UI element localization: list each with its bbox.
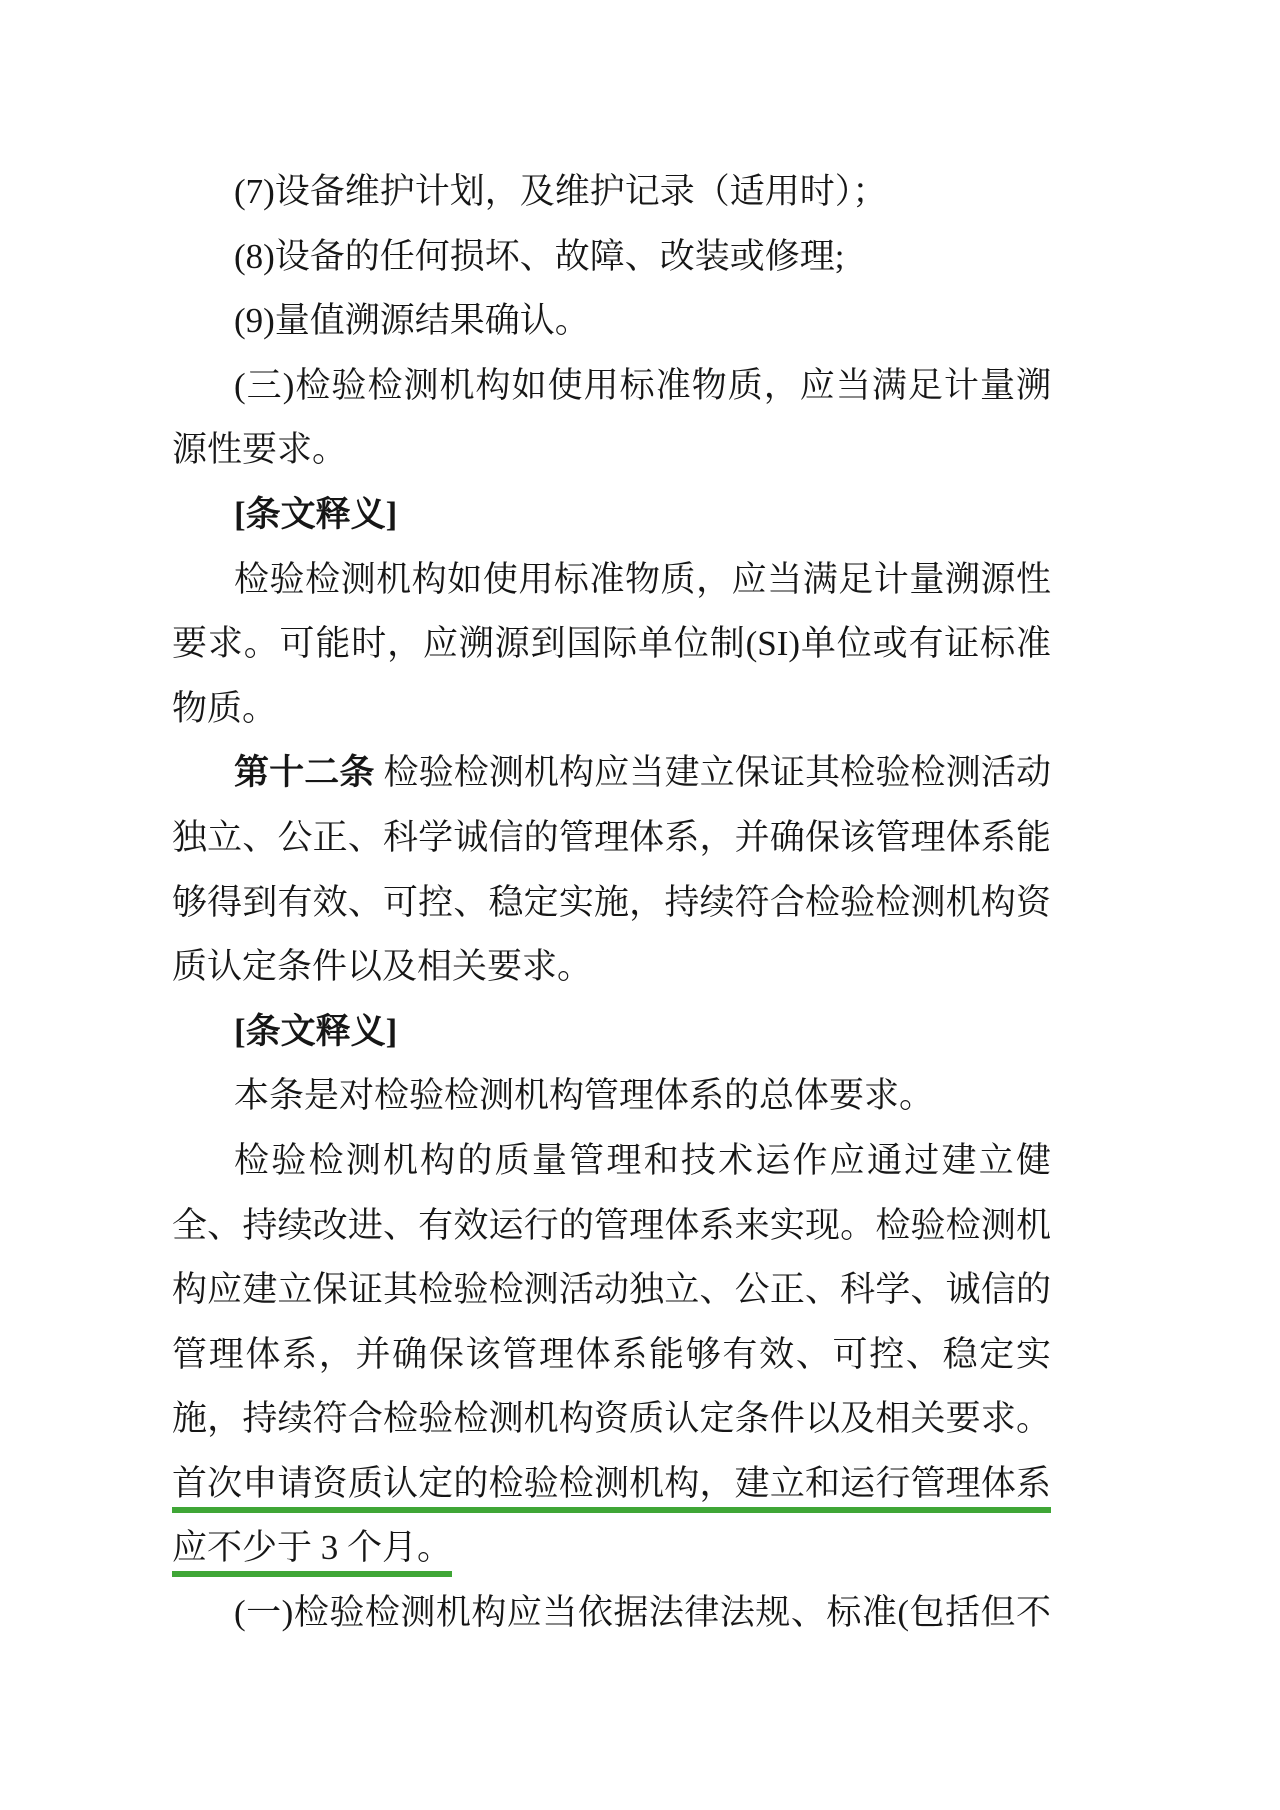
doc-line-item-3-start: (三)检验检测机构如使用标准物质，应当满足计量溯 — [172, 354, 1051, 419]
green-underline-text: 首次申请资质认定的检验检测机构，建立和运行管理体系 — [172, 1464, 1051, 1513]
doc-line-item-7: (7)设备维护计划，及维护记录（适用时）； — [172, 160, 1051, 225]
doc-line-article-12: 质认定条件以及相关要求。 — [172, 935, 1051, 1000]
doc-line-article-12: 独立、公正、科学诚信的管理体系，并确保该管理体系能 — [172, 806, 1051, 871]
doc-line-paragraph: 检验检测机构的质量管理和技术运作应通过建立健 — [172, 1129, 1051, 1194]
article-number: 第十二条 — [234, 753, 375, 792]
document-text-block: (7)设备维护计划，及维护记录（适用时）； (8)设备的任何损坏、故障、改装或修… — [172, 160, 1051, 1646]
section-heading-clause-interpretation: [条文释义] — [172, 1000, 1051, 1065]
doc-line-item-9: (9)量值溯源结果确认。 — [172, 289, 1051, 354]
doc-line-item-8: (8)设备的任何损坏、故障、改装或修理; — [172, 225, 1051, 290]
section-heading-clause-interpretation: [条文释义] — [172, 483, 1051, 548]
doc-line-green-underlined: 应不少于 3 个月。 — [172, 1516, 1051, 1581]
green-underline-text: 应不少于 3 个月。 — [172, 1528, 452, 1577]
doc-line-paragraph: 物质。 — [172, 677, 1051, 742]
doc-line-article-12: 够得到有效、可控、稳定实施，持续符合检验检测机构资 — [172, 871, 1051, 936]
document-page: (7)设备维护计划，及维护记录（适用时）； (8)设备的任何损坏、故障、改装或修… — [0, 0, 1280, 1810]
doc-line-green-underlined: 首次申请资质认定的检验检测机构，建立和运行管理体系 — [172, 1452, 1051, 1517]
doc-line-paragraph: 本条是对检验检测机构管理体系的总体要求。 — [172, 1064, 1051, 1129]
doc-line-paragraph: 全、持续改进、有效运行的管理体系来实现。检验检测机 — [172, 1194, 1051, 1259]
doc-line-article-12: 第十二条 检验检测机构应当建立保证其检验检测活动 — [172, 741, 1051, 806]
doc-line-paragraph: 要求。可能时，应溯源到国际单位制(SI)单位或有证标准 — [172, 612, 1051, 677]
article-text: 检验检测机构应当建立保证其检验检测活动 — [375, 753, 1051, 792]
doc-line-paragraph: 构应建立保证其检验检测活动独立、公正、科学、诚信的 — [172, 1258, 1051, 1323]
doc-line-item-3-end: 源性要求。 — [172, 418, 1051, 483]
doc-line-paragraph: 管理体系，并确保该管理体系能够有效、可控、稳定实 — [172, 1323, 1051, 1388]
doc-line-item-1-start: (一)检验检测机构应当依据法律法规、标准(包括但不 — [172, 1581, 1051, 1646]
doc-line-paragraph: 施，持续符合检验检测机构资质认定条件以及相关要求。 — [172, 1387, 1051, 1452]
doc-line-paragraph: 检验检测机构如使用标准物质，应当满足计量溯源性 — [172, 548, 1051, 613]
